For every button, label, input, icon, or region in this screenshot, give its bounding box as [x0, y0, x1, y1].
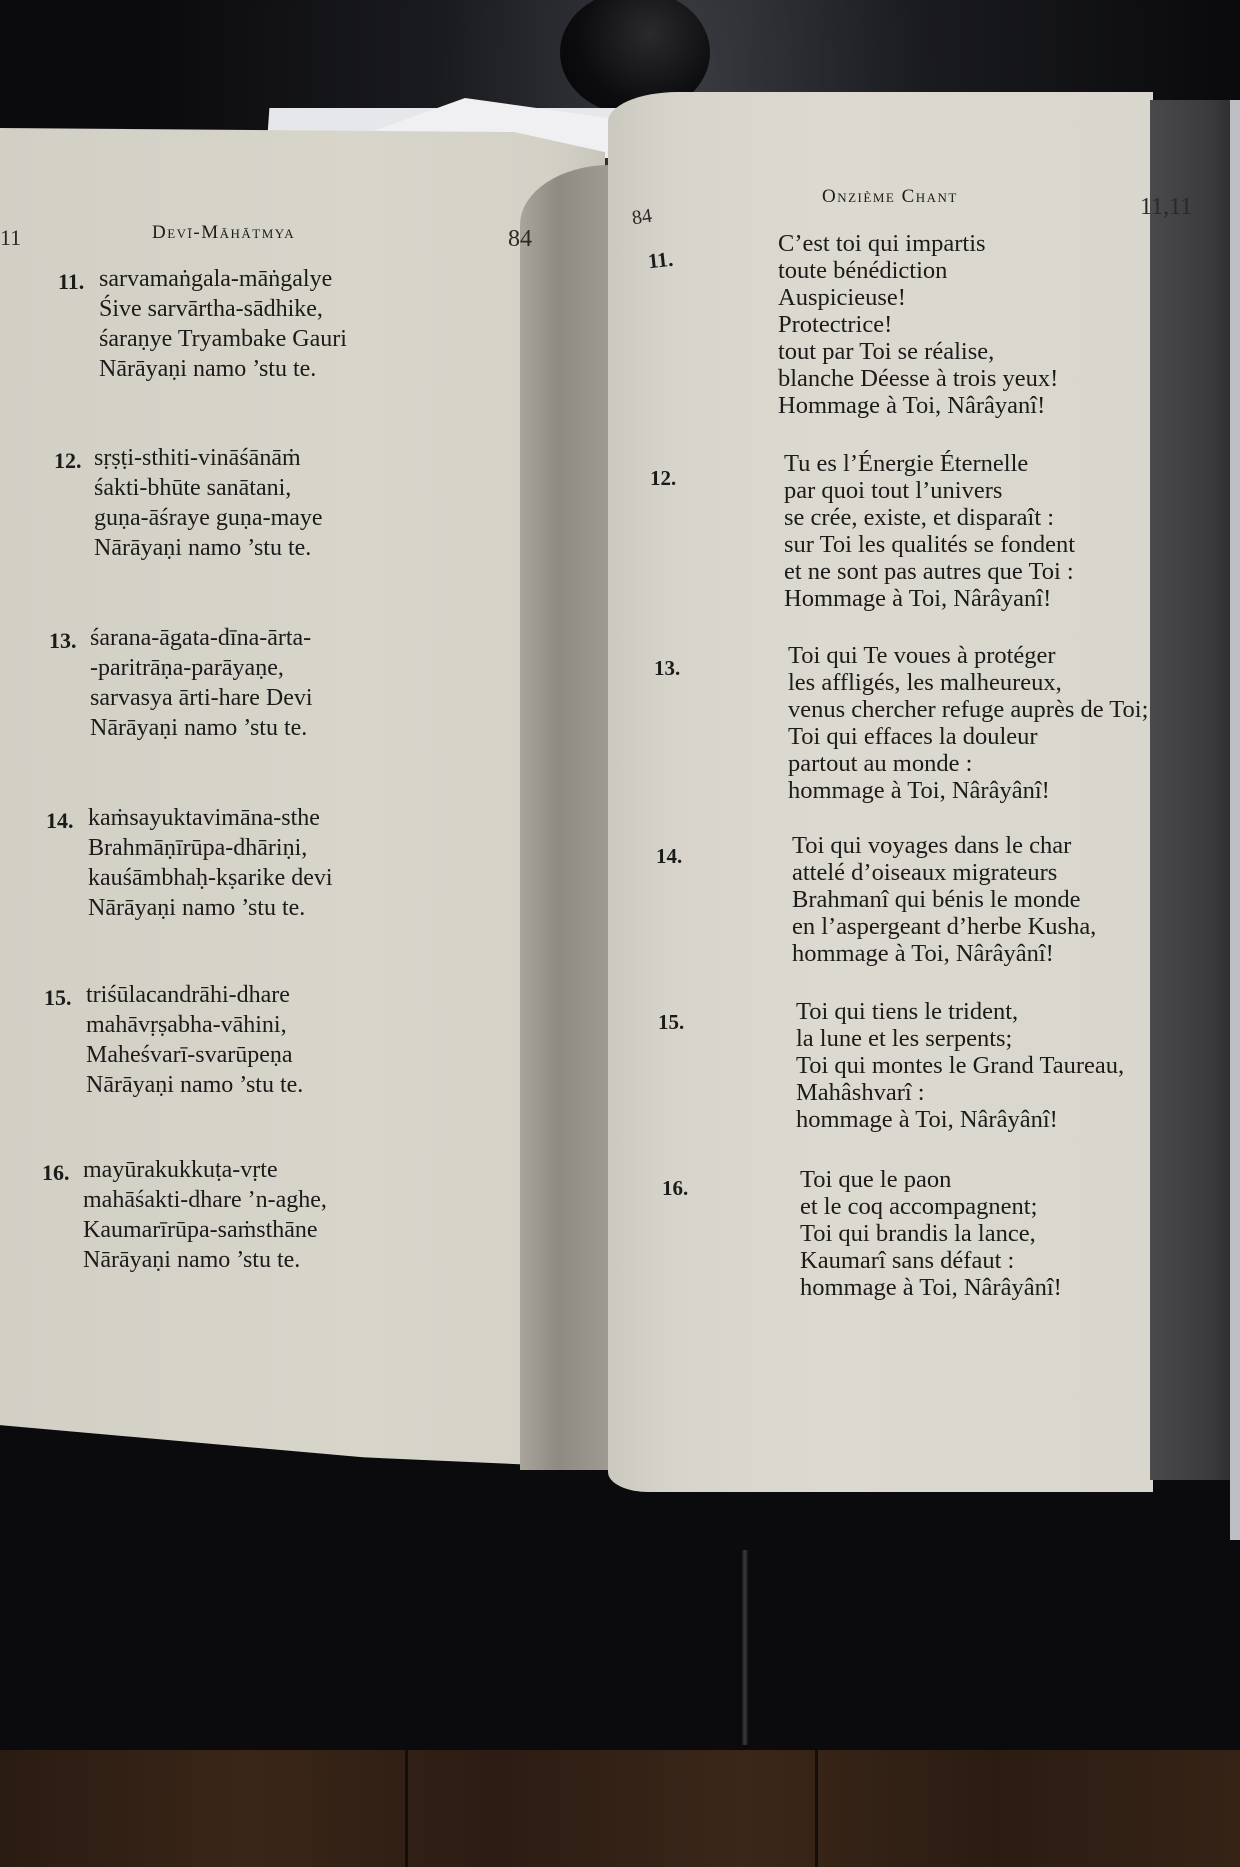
left-verse-number: 11. — [58, 269, 84, 295]
left-verse-14: kaṁsayuktavimāna-stheBrahmāṇīrūpa-dhāriṇ… — [88, 803, 333, 923]
right-verse-number: 16. — [662, 1176, 688, 1201]
left-verse-number: 15. — [44, 985, 72, 1011]
left-verse-number: 13. — [49, 628, 77, 654]
right-verse-16: Toi que le paonet le coq accompagnent;To… — [800, 1166, 1062, 1301]
left-verse-11: sarvamaṅgala-māṅgalyeŚive sarvārtha-sādh… — [99, 264, 347, 384]
right-chapter-ref: 11,11 — [1140, 194, 1192, 221]
left-running-head: Devī-Māhātmya — [152, 222, 295, 244]
wooden-table — [0, 1750, 1240, 1867]
right-verse-number: 15. — [658, 1010, 684, 1035]
right-verse-14: Toi qui voyages dans le charattelé d’ois… — [792, 832, 1096, 967]
right-running-head: Onzième Chant — [822, 186, 958, 208]
right-page-number: 84 — [630, 205, 653, 231]
left-verse-number: 16. — [42, 1160, 70, 1186]
left-page-number: 84 — [508, 226, 532, 253]
right-verse-13: Toi qui Te voues à protégerles affligés,… — [788, 642, 1148, 804]
right-verse-11: C’est toi qui impartistoute bénédictionA… — [778, 230, 1058, 419]
left-verse-12: sṛṣṭi-sthiti-vināśānāṁśakti-bhūte sanāta… — [94, 443, 323, 563]
left-verse-13: śarana-āgata-dīna-ārta--paritrāṇa-parāya… — [90, 623, 313, 743]
book-edge — [1230, 100, 1240, 1540]
book-gutter — [520, 165, 615, 1470]
right-verse-number: 12. — [650, 466, 676, 491]
right-verse-12: Tu es l’Énergie Éternellepar quoi tout l… — [784, 450, 1075, 612]
left-chapter-ref: 11 — [0, 225, 21, 251]
left-verse-number: 14. — [46, 808, 74, 834]
left-verse-number: 12. — [54, 448, 82, 474]
right-verse-number: 14. — [656, 844, 682, 869]
left-verse-16: mayūrakukkuṭa-vṛtemahāśakti-dhare ’n-agh… — [83, 1155, 327, 1275]
left-verse-15: triśūlacandrāhi-dharemahāvṛṣabha-vāhini,… — [86, 980, 303, 1100]
right-verse-number: 13. — [654, 656, 680, 681]
right-verse-15: Toi qui tiens le trident,la lune et les … — [796, 998, 1124, 1133]
right-verse-number: 11. — [647, 247, 675, 274]
shadow-band — [1150, 100, 1240, 1480]
ribbon-bookmark — [742, 1550, 748, 1745]
